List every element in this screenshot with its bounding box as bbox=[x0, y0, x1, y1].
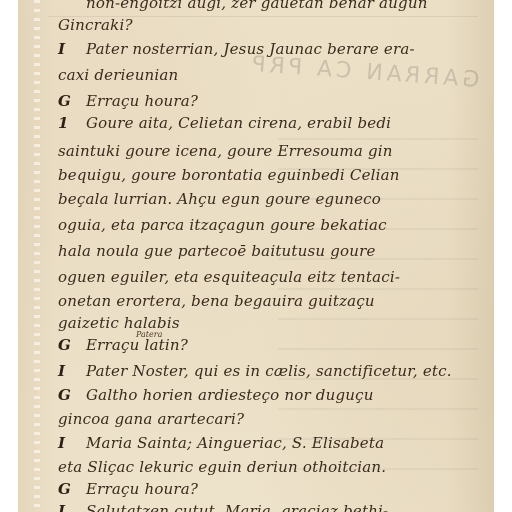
interlinear-annotation: Patera bbox=[136, 330, 162, 339]
manuscript-line: ISalutatzen cutut, Maria, graciaz bethi- bbox=[58, 502, 388, 512]
speaker-label: I bbox=[58, 362, 86, 380]
bleed-through-stamp: SEY GARRAN CA PRP bbox=[247, 52, 494, 98]
line-text: Gincraki? bbox=[58, 16, 133, 34]
line-text: gincoa gana arartecari? bbox=[58, 410, 244, 428]
manuscript-line: eta Sliçac lekuric eguin deriun othoitci… bbox=[58, 458, 386, 476]
manuscript-line: Gincraki? bbox=[58, 16, 133, 34]
line-text: oguia, eta parca itzaçagun goure bekatia… bbox=[58, 216, 387, 234]
manuscript-line: gincoa gana arartecari? bbox=[58, 410, 244, 428]
line-text: Salutatzen cutut, Maria, graciaz bethi- bbox=[86, 502, 388, 512]
line-text: Erraçu houra? bbox=[86, 480, 198, 498]
speaker-label: I bbox=[58, 502, 86, 512]
line-text: Pater nosterrian, Jesus Jaunac berare er… bbox=[86, 40, 415, 58]
line-text: saintuki goure icena, goure Erresouma gi… bbox=[58, 142, 393, 160]
line-text: caxi derieunian bbox=[58, 66, 178, 84]
manuscript-line: IPater Noster, qui es in cælis, sanctifi… bbox=[58, 362, 452, 380]
line-text: Pater Noster, qui es in cælis, sanctific… bbox=[86, 362, 452, 380]
speaker-label: 1 bbox=[58, 114, 86, 132]
manuscript-line: bequigu, goure borontatia eguinbedi Celi… bbox=[58, 166, 400, 184]
manuscript-line: hala noula gue partecoē baitutusu goure bbox=[58, 242, 376, 260]
manuscript-line: GErraçu houra? bbox=[58, 480, 198, 498]
manuscript-line: onetan erortera, bena begauira guitzaçu bbox=[58, 292, 375, 310]
manuscript-line: oguen eguiler, eta esquiteaçula eitz ten… bbox=[58, 268, 400, 286]
line-text: bequigu, goure borontatia eguinbedi Celi… bbox=[58, 166, 400, 184]
manuscript-line: IMaria Sainta; Aingueriac, S. Elisabeta bbox=[58, 434, 384, 452]
torn-edge bbox=[34, 0, 40, 512]
speaker-label: G bbox=[58, 336, 86, 354]
line-text: oguen eguiler, eta esquiteaçula eitz ten… bbox=[58, 268, 400, 286]
speaker-label: I bbox=[58, 434, 86, 452]
line-text: Goure aita, Celietan cirena, erabil bedi bbox=[86, 114, 391, 132]
speaker-label: I bbox=[58, 40, 86, 58]
manuscript-page: SEY GARRAN CA PRP non-engoitzi augi, zer… bbox=[18, 0, 494, 512]
line-text: hala noula gue partecoē baitutusu goure bbox=[58, 242, 376, 260]
line-text: Maria Sainta; Aingueriac, S. Elisabeta bbox=[86, 434, 384, 452]
line-text: Galtho horien ardiesteço nor duguçu bbox=[86, 386, 374, 404]
manuscript-line: non-engoitzi augi, zer gauetan benar aug… bbox=[58, 0, 428, 12]
manuscript-line: GGaltho horien ardiesteço nor duguçu bbox=[58, 386, 374, 404]
manuscript-line: GErraçu latin? bbox=[58, 336, 188, 354]
manuscript-line: GErraçu houra? bbox=[58, 92, 198, 110]
line-text: eta Sliçac lekuric eguin deriun othoitci… bbox=[58, 458, 386, 476]
manuscript-line: 1Goure aita, Celietan cirena, erabil bed… bbox=[58, 114, 391, 132]
manuscript-line: caxi derieunian bbox=[58, 66, 178, 84]
speaker-label: G bbox=[58, 480, 86, 498]
line-text: non-engoitzi augi, zer gauetan benar aug… bbox=[86, 0, 428, 12]
line-text: beçala lurrian. Ahçu egun goure eguneco bbox=[58, 190, 381, 208]
speaker-label: G bbox=[58, 92, 86, 110]
speaker-label: G bbox=[58, 386, 86, 404]
line-text: Erraçu houra? bbox=[86, 92, 198, 110]
manuscript-line: beçala lurrian. Ahçu egun goure eguneco bbox=[58, 190, 381, 208]
manuscript-line: oguia, eta parca itzaçagun goure bekatia… bbox=[58, 216, 387, 234]
line-text: onetan erortera, bena begauira guitzaçu bbox=[58, 292, 375, 310]
manuscript-line: saintuki goure icena, goure Erresouma gi… bbox=[58, 142, 393, 160]
manuscript-line: IPater nosterrian, Jesus Jaunac berare e… bbox=[58, 40, 415, 58]
